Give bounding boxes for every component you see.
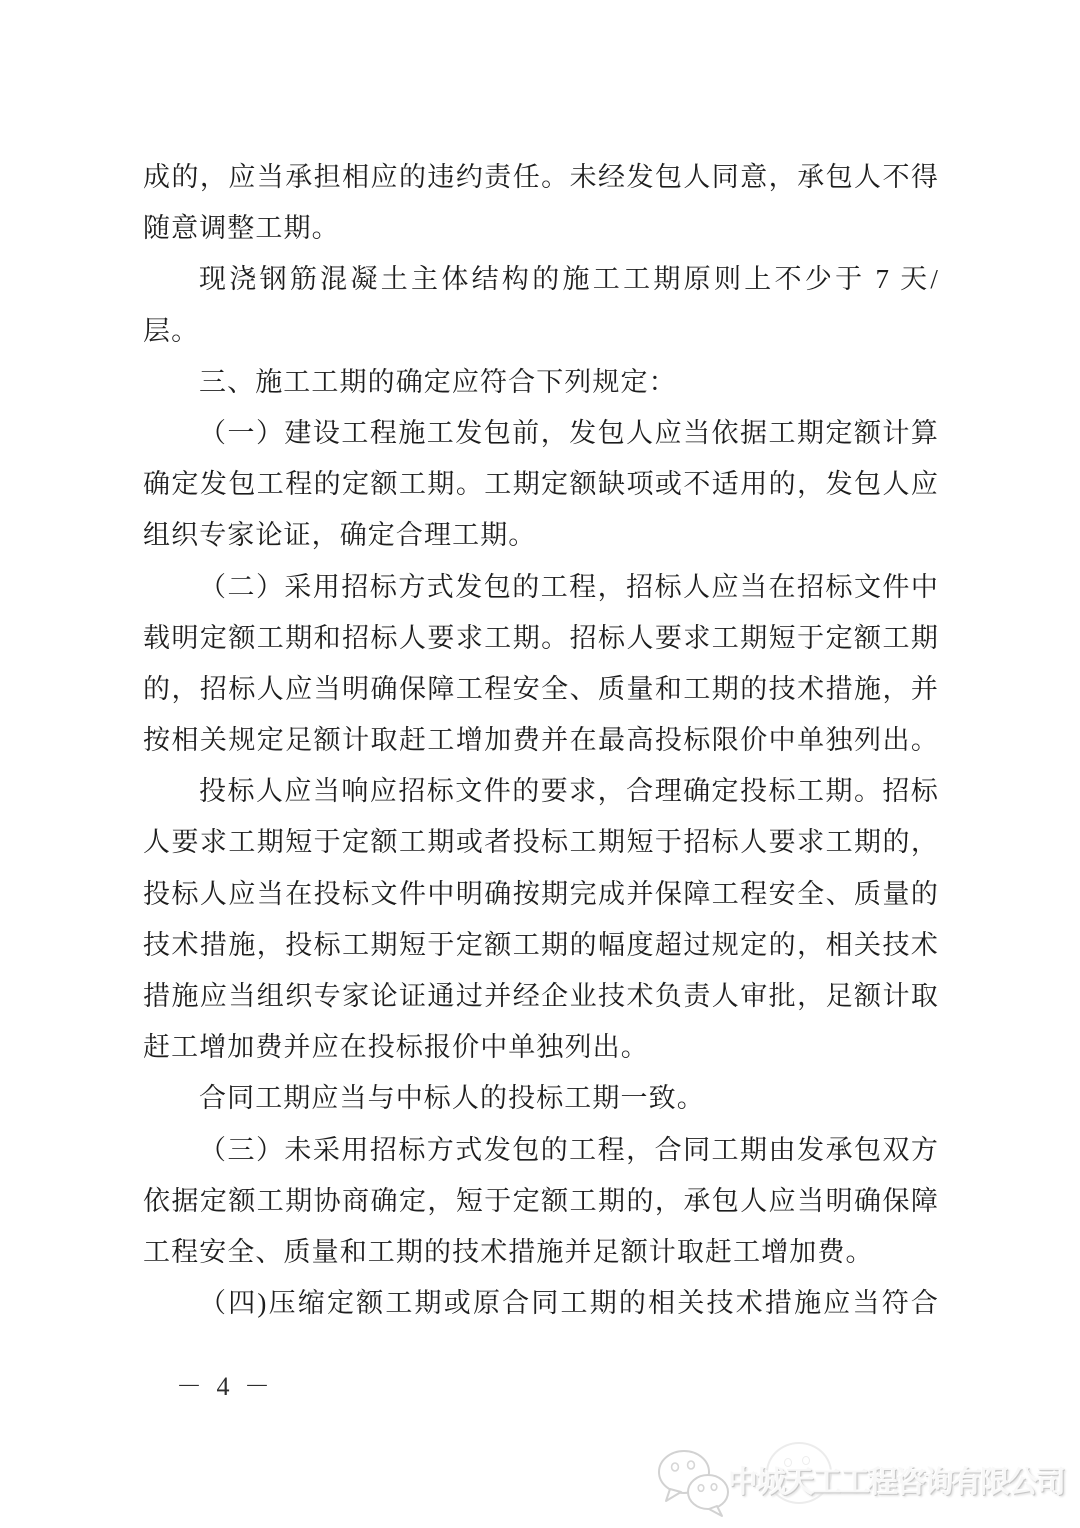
wechat-icon [654,1446,734,1518]
text-line: 层。 [143,306,939,357]
text-line: 的，招标人应当明确保障工程安全、质量和工期的技术措施，并 [143,664,939,715]
text-line: （三）未采用招标方式发包的工程，合同工期由发承包双方 [143,1125,939,1176]
page-number: － 4 － [176,1366,274,1403]
text-line: 投标人应当响应招标文件的要求，合理确定投标工期。招标 [143,766,939,817]
text-line: （四)压缩定额工期或原合同工期的相关技术措施应当符合 [143,1278,939,1329]
text-line: 措施应当组织专家论证通过并经企业技术负责人审批，足额计取 [143,971,939,1022]
text-line: 依据定额工期协商确定，短于定额工期的，承包人应当明确保障 [143,1176,939,1227]
text-line: 三、施工工期的确定应符合下列规定： [143,357,939,408]
text-line: 投标人应当在投标文件中明确按期完成并保障工程安全、质量的 [143,869,939,920]
watermark-company-name: 中城天工工程咨询有限公司 [728,1457,1064,1501]
text-line: （一）建设工程施工发包前，发包人应当依据工期定额计算 [143,408,939,459]
text-line: 载明定额工期和招标人要求工期。招标人要求工期短于定额工期 [143,613,939,664]
text-line: （二）采用招标方式发包的工程，招标人应当在招标文件中 [143,562,939,613]
text-line: 工程安全、质量和工期的技术措施并足额计取赶工增加费。 [143,1227,939,1278]
text-line: 合同工期应当与中标人的投标工期一致。 [143,1073,939,1124]
document-body: 成的，应当承担相应的违约责任。未经发包人同意，承包人不得 随意调整工期。 现浇钢… [143,152,939,1329]
text-line: 赶工增加费并应在投标报价中单独列出。 [143,1022,939,1073]
text-line: 随意调整工期。 [143,203,939,254]
text-line: 成的，应当承担相应的违约责任。未经发包人同意，承包人不得 [143,152,939,203]
text-line: 确定发包工程的定额工期。工期定额缺项或不适用的，发包人应 [143,459,939,510]
text-line: 人要求工期短于定额工期或者投标工期短于招标人要求工期的， [143,817,939,868]
text-line: 技术措施，投标工期短于定额工期的幅度超过规定的，相关技术 [143,920,939,971]
watermark: 中城天工工程咨询有限公司 [648,1436,1080,1528]
text-line: 现浇钢筋混凝土主体结构的施工工期原则上不少于 7 天/ [143,254,939,305]
text-line: 按相关规定足额计取赶工增加费并在最高投标限价中单独列出。 [143,715,939,766]
text-line: 组织专家论证，确定合理工期。 [143,510,939,561]
